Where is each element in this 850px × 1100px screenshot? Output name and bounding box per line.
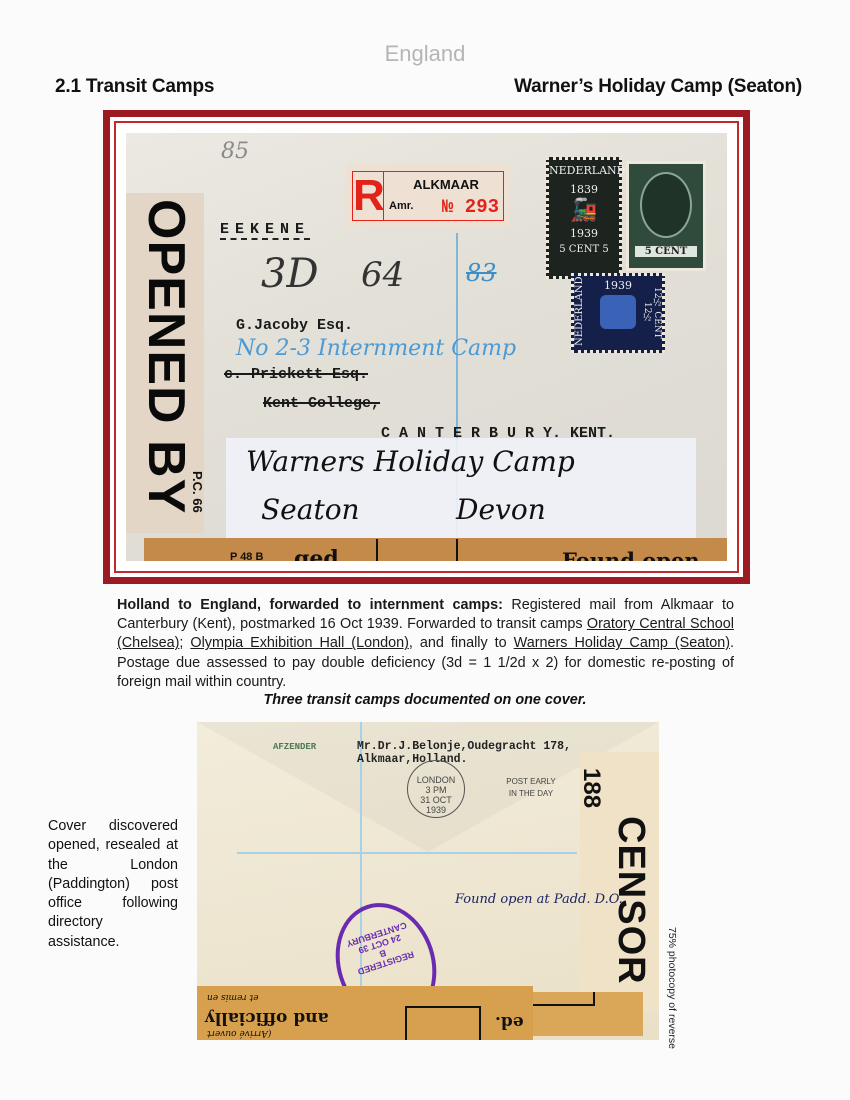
found-open-note: Found open at Padd. D.O. — [455, 892, 623, 907]
london-postmark: LONDON 3 PM 31 OCT 1939 — [407, 760, 465, 818]
queen-portrait-icon — [640, 172, 692, 238]
tagline: Three transit camps documented on one co… — [0, 692, 850, 708]
forwarding-note: No 2-3 Internment Camp — [236, 336, 516, 361]
typed-prefix: EEKENE — [220, 221, 310, 240]
cover-description: Holland to England, forwarded to internm… — [117, 596, 734, 692]
crayon-number: 83 — [466, 259, 497, 287]
address-line: C A N T E R B U R Y. KENT. — [381, 425, 615, 442]
registration-town: ALKMAAR — [391, 177, 501, 192]
censor-number: 188 — [577, 768, 605, 808]
registration-label: R ALKMAAR Amr. № 293 — [346, 163, 509, 227]
censor-tape: OPENED BY P.C. 66 — [126, 193, 204, 533]
registration-office: Amr. — [389, 200, 413, 212]
forwarding-county: Devon — [456, 493, 546, 526]
registration-letter: R — [353, 172, 384, 220]
registration-number: № 293 — [442, 196, 499, 218]
address-line: c. Prickett Esq. — [224, 366, 368, 383]
postage-due-mark: 3D — [261, 251, 319, 297]
photocopy-note: 75% photocopy of reverse — [666, 927, 678, 1049]
camp-olympia: Olympia Exhibition Hall (London) — [190, 635, 409, 651]
forwarding-town: Seaton — [261, 493, 360, 526]
resealing-tape: P 48 B ged Found open — [144, 538, 727, 561]
tape-officially: and officially — [205, 1008, 329, 1028]
section-title: 2.1 Transit Camps — [55, 76, 214, 98]
front-cover-image: OPENED BY P.C. 66 85 EEKENE R ALKMAAR Am… — [126, 133, 727, 561]
locomotive-icon: 🚂 — [549, 198, 619, 223]
page-country-heading: England — [0, 41, 850, 67]
tape-fragment: ged — [294, 546, 339, 561]
front-cover-frame: OPENED BY P.C. 66 85 EEKENE R ALKMAAR Am… — [103, 110, 750, 584]
censor-number: P.C. 66 — [190, 471, 205, 513]
tape-fragment: ed. — [495, 1012, 524, 1032]
address-line: Kent College, — [263, 395, 380, 412]
subject-title: Warner’s Holiday Camp (Seaton) — [514, 76, 802, 98]
tape-code: P 48 B — [230, 551, 263, 561]
caption-lead: Holland to England, forwarded to internm… — [117, 597, 503, 613]
stamp-railway-5c: NEDERLAND 1839 🚂 1939 5 CENT 5 — [546, 157, 622, 279]
sender-label: AFZENDER — [273, 742, 316, 752]
tape-found-open: Found open — [562, 548, 700, 561]
address-line: G.Jacoby Esq. — [236, 317, 353, 334]
reverse-side-note: Cover discovered opened, resealed at the… — [48, 817, 178, 952]
camp-warners: Warners Holiday Camp (Seaton) — [514, 635, 730, 651]
resealing-tape: et remis en and officially (Arrivé ouver… — [197, 986, 533, 1040]
forwarding-address: Warners Holiday Camp — [246, 445, 575, 478]
stamp-queen-5c: 5 CENT — [626, 161, 706, 271]
pencil-mark: 85 — [221, 139, 249, 164]
locomotive-front-icon — [600, 295, 636, 329]
slogan-postmark: POST EARLY IN THE DAY — [502, 762, 560, 820]
stamp-railway-12c: NEDERLAND 1939 12½ CENT 12½ — [571, 273, 665, 353]
censor-label: OPENED BY — [140, 199, 192, 514]
pencil-number: 64 — [361, 255, 404, 295]
reverse-cover-image: AFZENDER Mr.Dr.J.Belonje,Oudegracht 178,… — [197, 722, 659, 1040]
